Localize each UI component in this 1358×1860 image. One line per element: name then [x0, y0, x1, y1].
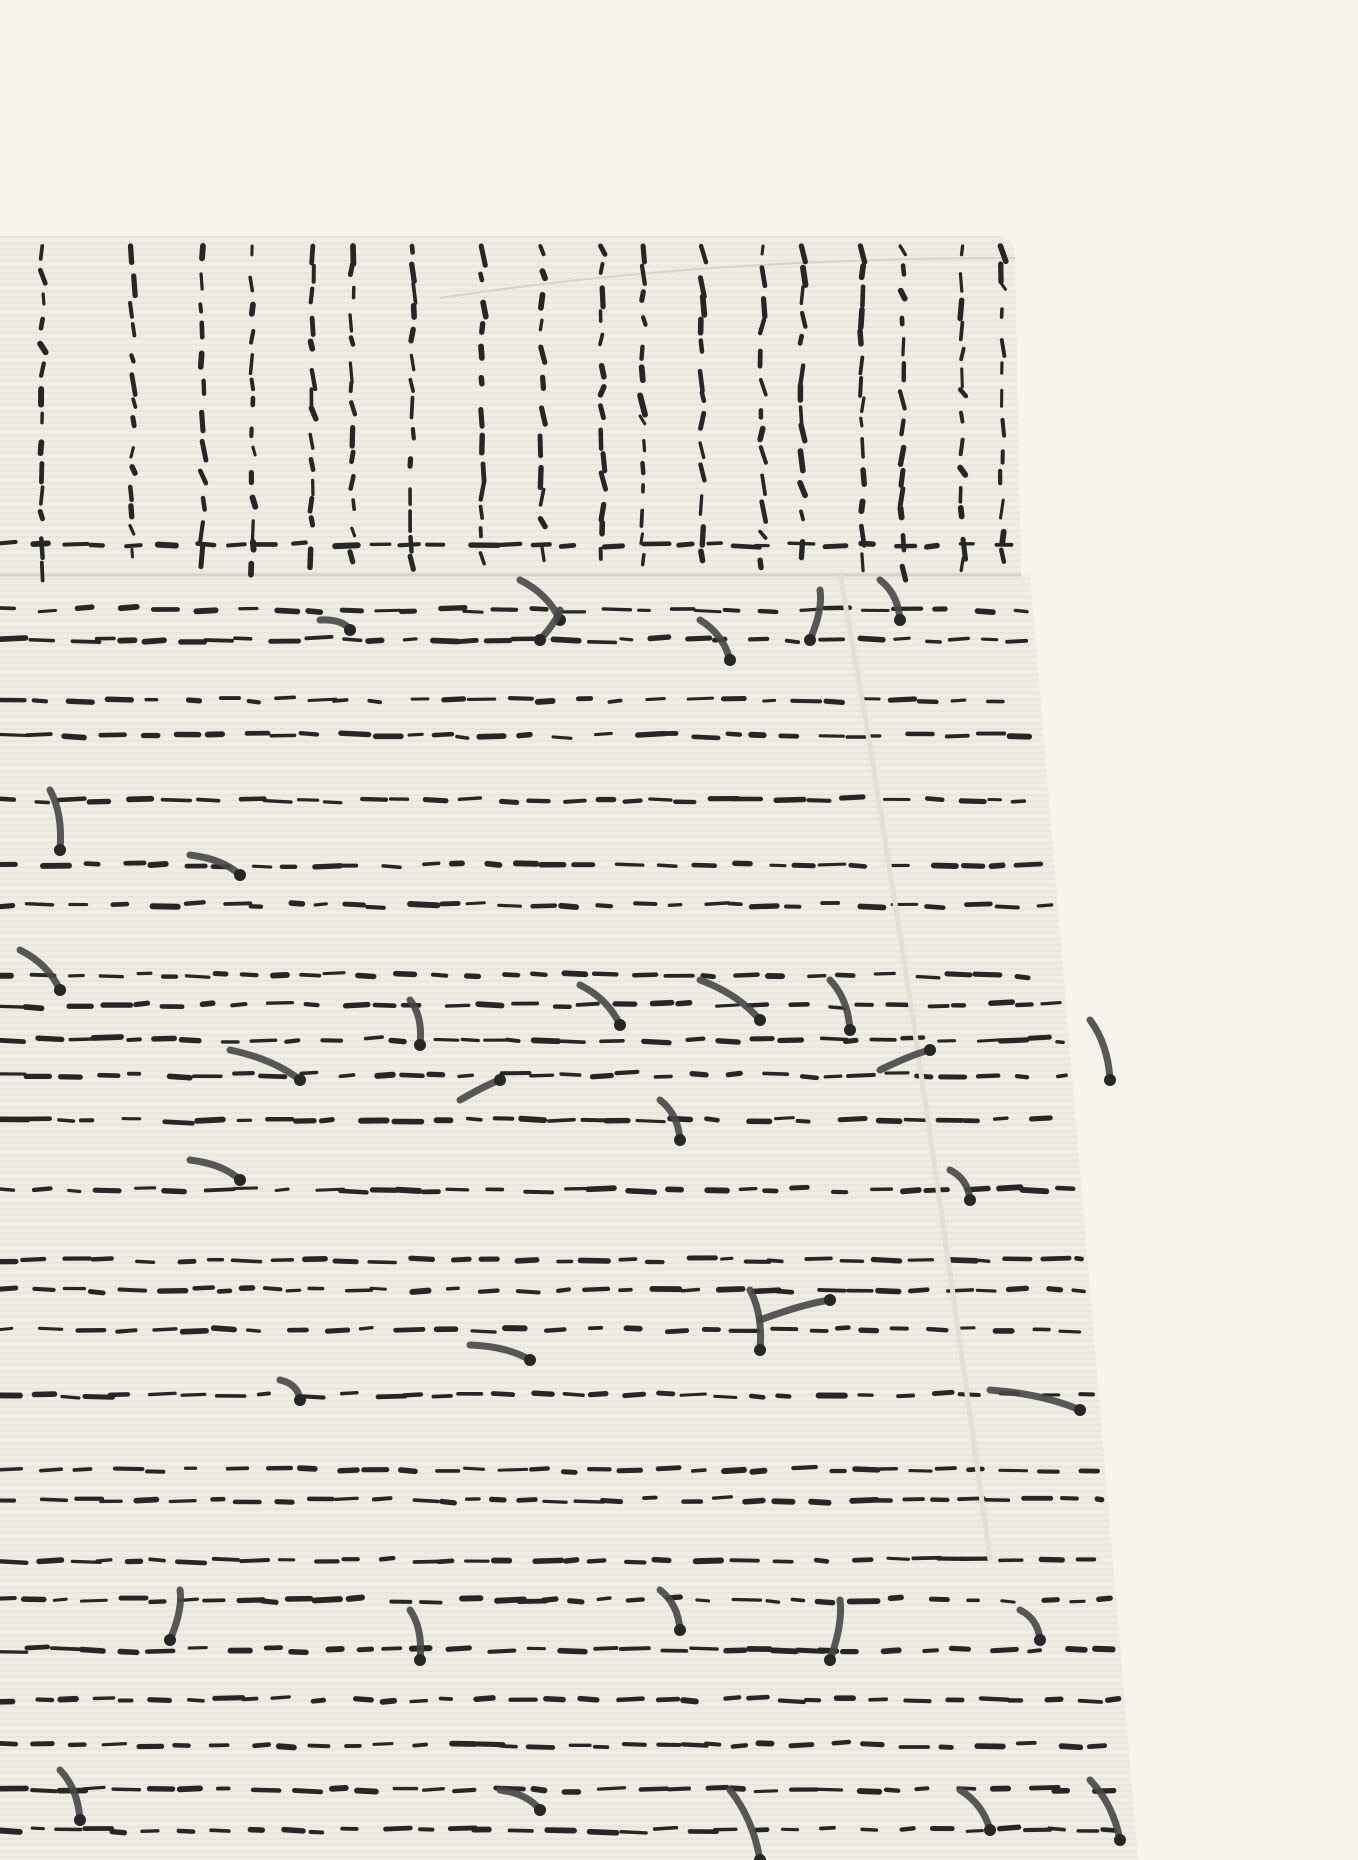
tweed-skirt-image: [0, 0, 1358, 1860]
skirt-panel: [0, 575, 1138, 1860]
waistband: [0, 236, 1021, 575]
skirt-body: [0, 236, 1138, 1860]
product-photo: [0, 0, 1358, 1860]
